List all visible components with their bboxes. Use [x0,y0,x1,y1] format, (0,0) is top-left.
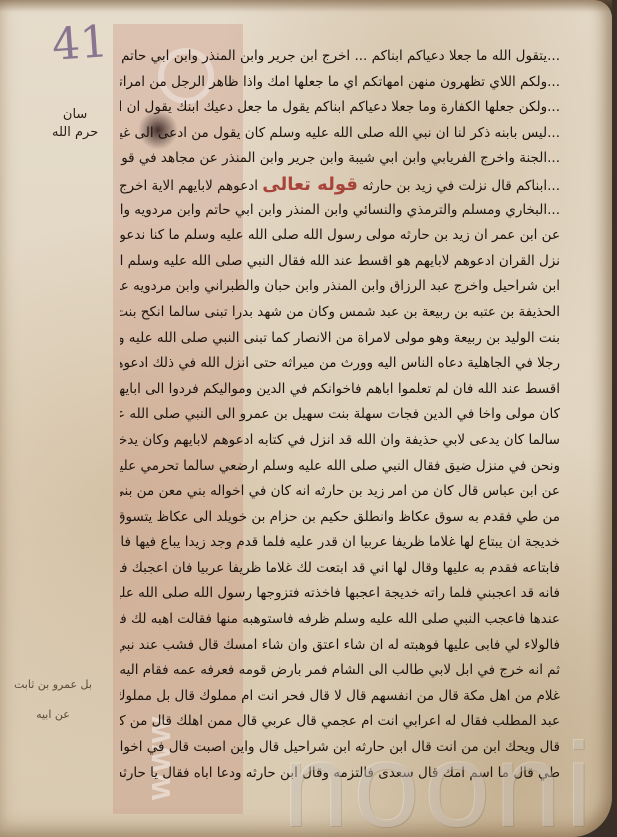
text-line-23: عندها فاعجب النبي صلى الله عليه وسلم ظرف… [120,607,560,633]
text-line-14: اقسط عند الله فان لم تعلموا اباهم فاخوان… [120,377,560,403]
text-line-11: الحذيفة بن عتبه بن ربيعة بن عبد شمس وكان… [120,300,560,326]
text-line-13: رجلا في الجاهلية دعاه الناس اليه وورث من… [120,351,560,377]
text-line-1: ...يتقول الله ما جعلا دعياكم ابناكم ... … [120,44,560,70]
text-line-20: خديجة ان يبتاع لها غلاما ظريفا عربيا ان … [120,530,560,556]
text-line-22: فانه قد اعجبني فلما راته خديجة اعجبها فا… [120,581,560,607]
margin-note-line: حرم الله [52,124,98,142]
text-line-17: ونحن في منزل ضيق فقال النبي صلى الله علي… [120,454,560,480]
text-line-5: ...الجنة واخرج الفريابي وابن ابي شيبة وا… [120,146,560,172]
text-line-19: من طي فقدم به سوق عكاظ وانطلق حكيم بن حز… [120,505,560,531]
text-line-8: عن ابن عمر ان زيد بن حارثه مولى رسول الل… [120,223,560,249]
main-text-block: ...يتقول الله ما جعلا دعياكم ابناكم ... … [120,44,560,786]
text-line-7: ...البخاري ومسلم والترمذي والنسائي وابن … [120,198,560,224]
text-line-2: ...ولكم اللاي تظهرون منهن امهاتكم اي ما … [120,70,560,96]
text-line-4: ...ليس بابنه ذكر لنا ان نبي الله صلى الل… [120,121,560,147]
text-line-18: عن ابن عباس قال كان من امر زيد بن حارثه … [120,479,560,505]
margin-note-top-left: سان حرم الله [52,106,98,142]
rubric-heading: قوله تعالى [262,174,358,195]
line-text-tail: ادعوهم لابايهم الاية اخرج ابن ابي شيبة [120,178,258,194]
text-line-3: ...ولكن جعلها الكفارة وما جعلا دعياكم اب… [120,95,560,121]
watermark-brand-text: nooni [282,735,596,835]
text-line-10: ابن شراحيل واخرج عبد الرزاق وابن المنذر … [120,274,560,300]
text-line-12: بنت الوليد بن ربيعة وهو مولى لامراة من ا… [120,326,560,352]
text-line-9: نزل القران ادعوهم لابايهم هو اقسط عند ال… [120,249,560,275]
text-line-16: سالما كان يدعى لابي حذيفة وان الله قد ان… [120,428,560,454]
text-line-6: ...ابناكم قال نزلت في زيد بن حارثه قوله … [120,172,560,198]
manuscript-page: www 41 سان حرم الله بل عمرو بن ثابت عن ا… [0,0,612,837]
margin-note-line: بل عمرو بن ثابت [14,676,92,694]
text-line-21: فابتاعه فقدم به عليها وقال لها اني قد اب… [120,556,560,582]
margin-note-line: سان [52,106,98,124]
text-line-15: كان مولى واخا في الدين فجات سهلة بنت سهي… [120,402,560,428]
text-line-26: غلام من اهل مكة قال من انفسهم قال لا قال… [120,684,560,710]
text-line-25: ثم انه خرج في ابل لابي طالب الى الشام فم… [120,658,560,684]
margin-note-bottom-left: بل عمرو بن ثابت عن ابيه [14,676,92,724]
text-line-24: فالولاء لي فابى عليها فوهبته له ان شاء ا… [120,633,560,659]
folio-number: 41 [50,16,109,71]
line-text: ...ابناكم قال نزلت في زيد بن حارثه [362,178,560,194]
margin-note-line: عن ابيه [14,706,92,724]
